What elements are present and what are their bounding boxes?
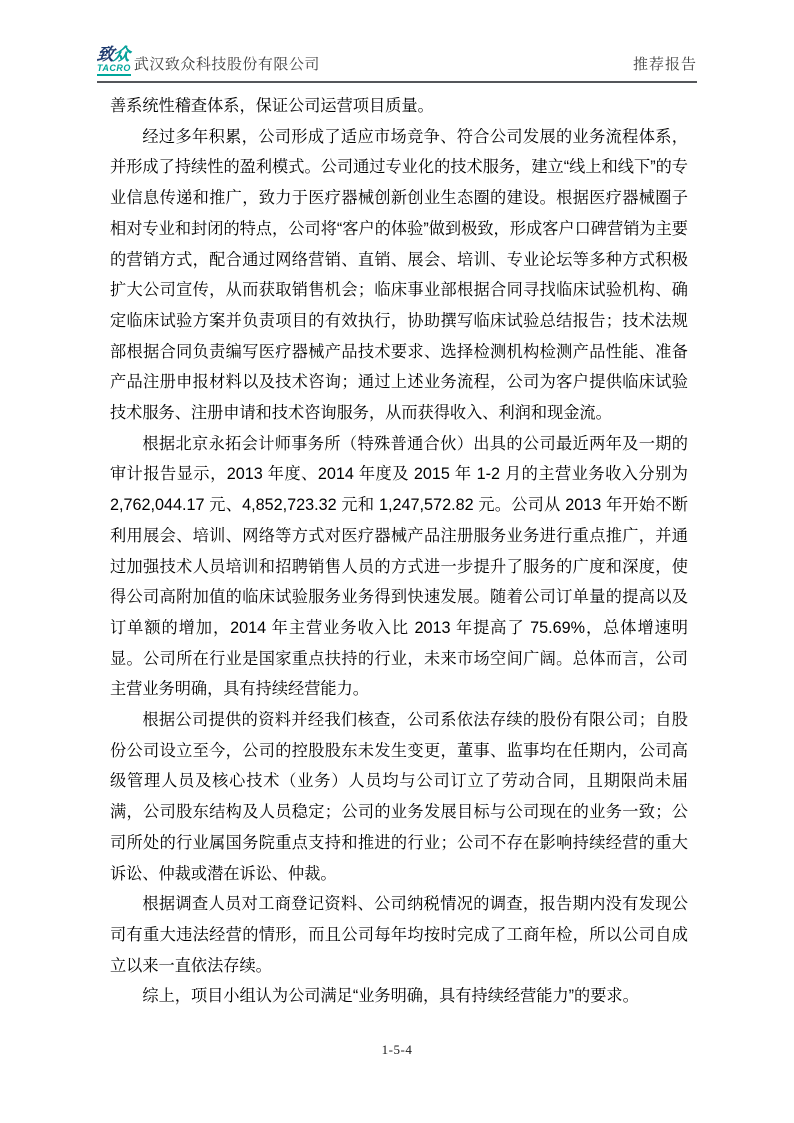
company-logo: 致众 TACRO bbox=[97, 46, 131, 76]
paragraph: 经过多年积累，公司形成了适应市场竞争、符合公司发展的业务流程体系，并形成了持续性… bbox=[110, 122, 688, 429]
paragraph: 根据北京永拓会计师事务所（特殊普通合伙）出具的公司最近两年及一期的审计报告显示，… bbox=[110, 429, 688, 705]
logo-tacro-text: TACRO bbox=[97, 64, 131, 76]
paragraph: 综上，项目小组认为公司满足“业务明确，具有持续经营能力”的要求。 bbox=[110, 981, 688, 1012]
logo-cn-text: 致众 bbox=[96, 46, 132, 63]
page-header: 致众 TACRO 武汉致众科技股份有限公司 推荐报告 bbox=[97, 46, 697, 83]
document-type-label: 推荐报告 bbox=[633, 56, 697, 76]
page-footer: 1-5-4 bbox=[0, 1042, 794, 1058]
document-body: 善系统性稽查体系，保证公司运营项目质量。经过多年积累，公司形成了适应市场竞争、符… bbox=[110, 91, 688, 1012]
paragraph: 根据公司提供的资料并经我们核查，公司系依法存续的股份有限公司；自股份公司设立至今… bbox=[110, 705, 688, 889]
paragraph: 善系统性稽查体系，保证公司运营项目质量。 bbox=[110, 91, 688, 122]
page-number: 1-5-4 bbox=[382, 1042, 413, 1057]
company-name: 武汉致众科技股份有限公司 bbox=[134, 56, 320, 76]
paragraph: 根据调查人员对工商登记资料、公司纳税情况的调查，报告期内没有发现公司有重大违法经… bbox=[110, 889, 688, 981]
logo-char-zhong: 众 bbox=[112, 45, 130, 64]
document-page: 致众 TACRO 武汉致众科技股份有限公司 推荐报告 善系统性稽查体系，保证公司… bbox=[0, 0, 794, 1123]
